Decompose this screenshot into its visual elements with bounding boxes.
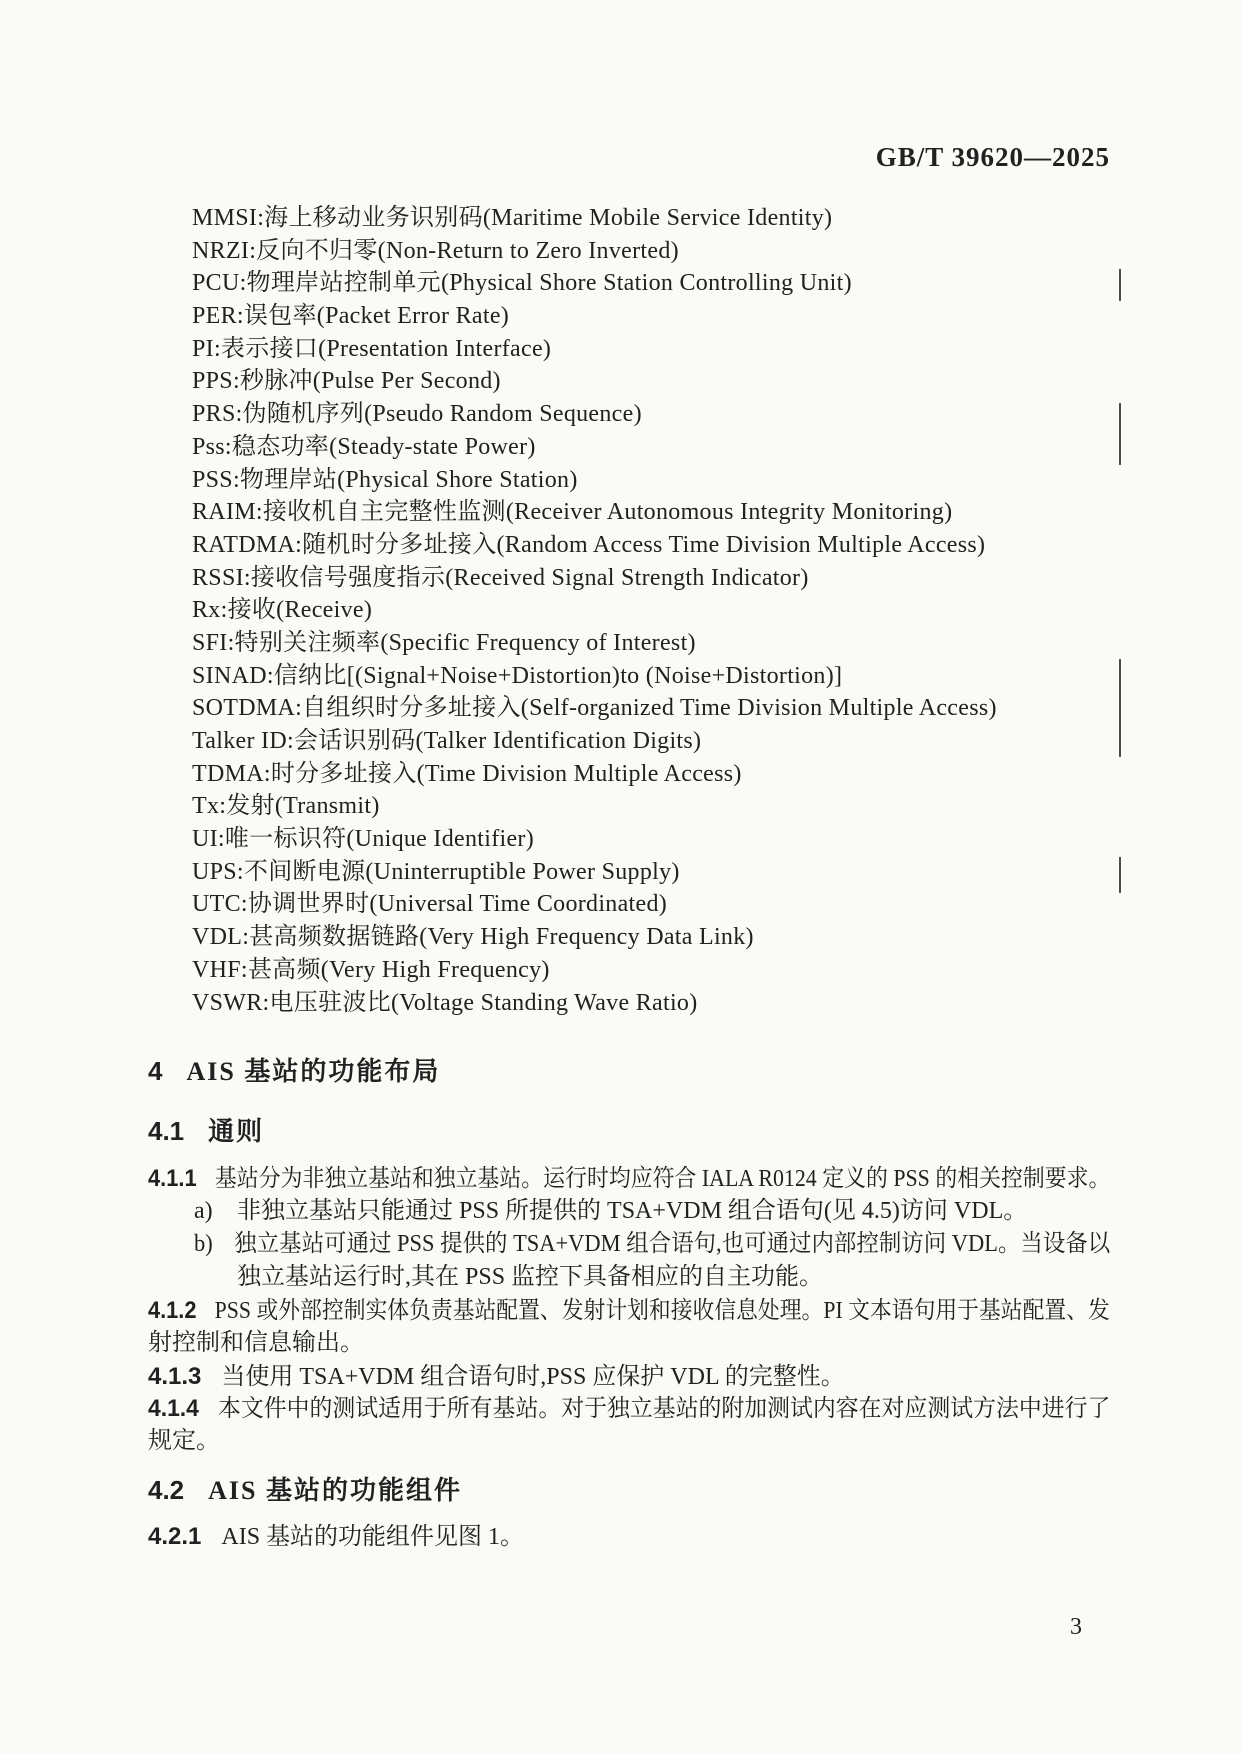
clause-number: 4.1.1 [148,1165,197,1192]
list-item-b: b)独立基站可通过 PSS 提供的 TSA+VDM 组合语句,也可通过内部控制访… [194,1228,1110,1294]
abbr-item: RATDMA:随机时分多址接入(Random Access Time Divis… [192,529,1110,562]
section-number: 4.2 [148,1475,184,1505]
section-number: 4 [148,1056,162,1086]
list-item-text: 独立基站可通过 PSS 提供的 TSA+VDM 组合语句,也可通过内部控制访问 … [234,1231,1110,1257]
section-heading-4-1: 4.1通则 [148,1114,264,1148]
standard-code-header: GB/T 39620—2025 [876,142,1110,173]
clause-text: 规定。 [148,1425,1110,1458]
clause-text: AIS 基站的功能组件见图 1。 [221,1524,524,1550]
clause-text: PSS 或外部控制实体负责基站配置、发射计划和接收信息处理。PI 文本语句用于基… [215,1298,1110,1324]
clause-text: 基站分为非独立基站和独立基站。运行时均应符合 IALA R0124 定义的 PS… [215,1166,1110,1192]
abbr-item: SOTDMA:自组织时分多址接入(Self-organized Time Div… [192,692,1110,725]
abbr-item: Pss:稳态功率(Steady-state Power) [192,431,1110,464]
section-title: AIS 基站的功能布局 [186,1057,440,1086]
section-heading-4: 4AIS 基站的功能布局 [148,1054,440,1088]
revision-mark [1119,659,1121,757]
list-item-text: 非独立基站只能通过 PSS 所提供的 TSA+VDM 组合语句(见 4.5)访问… [237,1198,1027,1224]
abbr-item: RSSI:接收信号强度指示(Received Signal Strength I… [192,562,1110,595]
abbr-item: SFI:特别关注频率(Specific Frequency of Interes… [192,627,1110,660]
clause-4-1-3: 4.1.3当使用 TSA+VDM 组合语句时,PSS 应保护 VDL 的完整性。 [148,1360,1110,1393]
abbr-item: RAIM:接收机自主完整性监测(Receiver Autonomous Inte… [192,496,1110,529]
list-item-a: a)非独立基站只能通过 PSS 所提供的 TSA+VDM 组合语句(见 4.5)… [194,1195,1110,1228]
abbr-item: PRS:伪随机序列(Pseudo Random Sequence) [192,398,1110,431]
abbreviation-list: MMSI:海上移动业务识别码(Maritime Mobile Service I… [192,202,1110,1019]
clause-text: 射控制和信息输出。 [148,1327,1110,1360]
abbr-item: PPS:秒脉冲(Pulse Per Second) [192,365,1110,398]
abbr-item: NRZI:反向不归零(Non-Return to Zero Inverted) [192,235,1110,268]
clause-4-1-2: 4.1.2PSS 或外部控制实体负责基站配置、发射计划和接收信息处理。PI 文本… [148,1294,1110,1360]
document-page: GB/T 39620—2025 MMSI:海上移动业务识别码(Maritime … [0,0,1241,1754]
clause-4-2-1: 4.2.1AIS 基站的功能组件见图 1。 [148,1520,1110,1553]
clause-number: 4.1.3 [148,1363,201,1390]
clause-number: 4.1.4 [148,1395,199,1422]
abbr-item: VSWR:电压驻波比(Voltage Standing Wave Ratio) [192,987,1110,1020]
abbr-item: VDL:甚高频数据链路(Very High Frequency Data Lin… [192,921,1110,954]
abbr-item: UI:唯一标识符(Unique Identifier) [192,823,1110,856]
abbr-item: UPS:不间断电源(Uninterruptible Power Supply) [192,856,1110,889]
abbr-item: SINAD:信纳比[(Signal+Noise+Distortion)to (N… [192,660,1110,693]
abbr-item: Tx:发射(Transmit) [192,790,1110,823]
abbr-item: VHF:甚高频(Very High Frequency) [192,954,1110,987]
section-title: 通则 [208,1117,264,1146]
section-number: 4.1 [148,1116,184,1146]
page-number: 3 [1060,1612,1092,1642]
abbr-item: PCU:物理岸站控制单元(Physical Shore Station Cont… [192,267,1110,300]
abbr-item: PSS:物理岸站(Physical Shore Station) [192,464,1110,497]
section-heading-4-2: 4.2AIS 基站的功能组件 [148,1473,462,1507]
clause-number: 4.1.2 [148,1297,197,1324]
clause-text: 本文件中的测试适用于所有基站。对于独立基站的附加测试内容在对应测试方法中进行了 [218,1396,1110,1422]
abbr-item: Talker ID:会话识别码(Talker Identification Di… [192,725,1110,758]
list-item-text: 独立基站运行时,其在 PSS 监控下具备相应的自主功能。 [237,1261,1110,1294]
list-item-marker: a) [194,1195,237,1228]
abbr-item: PER:误包率(Packet Error Rate) [192,300,1110,333]
abbr-item: MMSI:海上移动业务识别码(Maritime Mobile Service I… [192,202,1110,235]
abbr-item: UTC:协调世界时(Universal Time Coordinated) [192,888,1110,921]
revision-mark [1119,269,1121,301]
abbr-item: TDMA:时分多址接入(Time Division Multiple Acces… [192,758,1110,791]
clause-number: 4.2.1 [148,1523,201,1550]
clause-text: 当使用 TSA+VDM 组合语句时,PSS 应保护 VDL 的完整性。 [221,1364,844,1390]
text-column: GB/T 39620—2025 MMSI:海上移动业务识别码(Maritime … [148,0,1110,1754]
clause-4-1-1: 4.1.1基站分为非独立基站和独立基站。运行时均应符合 IALA R0124 定… [148,1162,1025,1195]
abbr-item: Rx:接收(Receive) [192,594,1110,627]
list-item-marker: b) [194,1228,234,1261]
revision-mark [1119,857,1121,893]
abbr-item: PI:表示接口(Presentation Interface) [192,333,1110,366]
clause-4-1-4: 4.1.4本文件中的测试适用于所有基站。对于独立基站的附加测试内容在对应测试方法… [148,1392,1110,1458]
revision-mark [1119,403,1121,465]
section-title: AIS 基站的功能组件 [208,1476,462,1505]
